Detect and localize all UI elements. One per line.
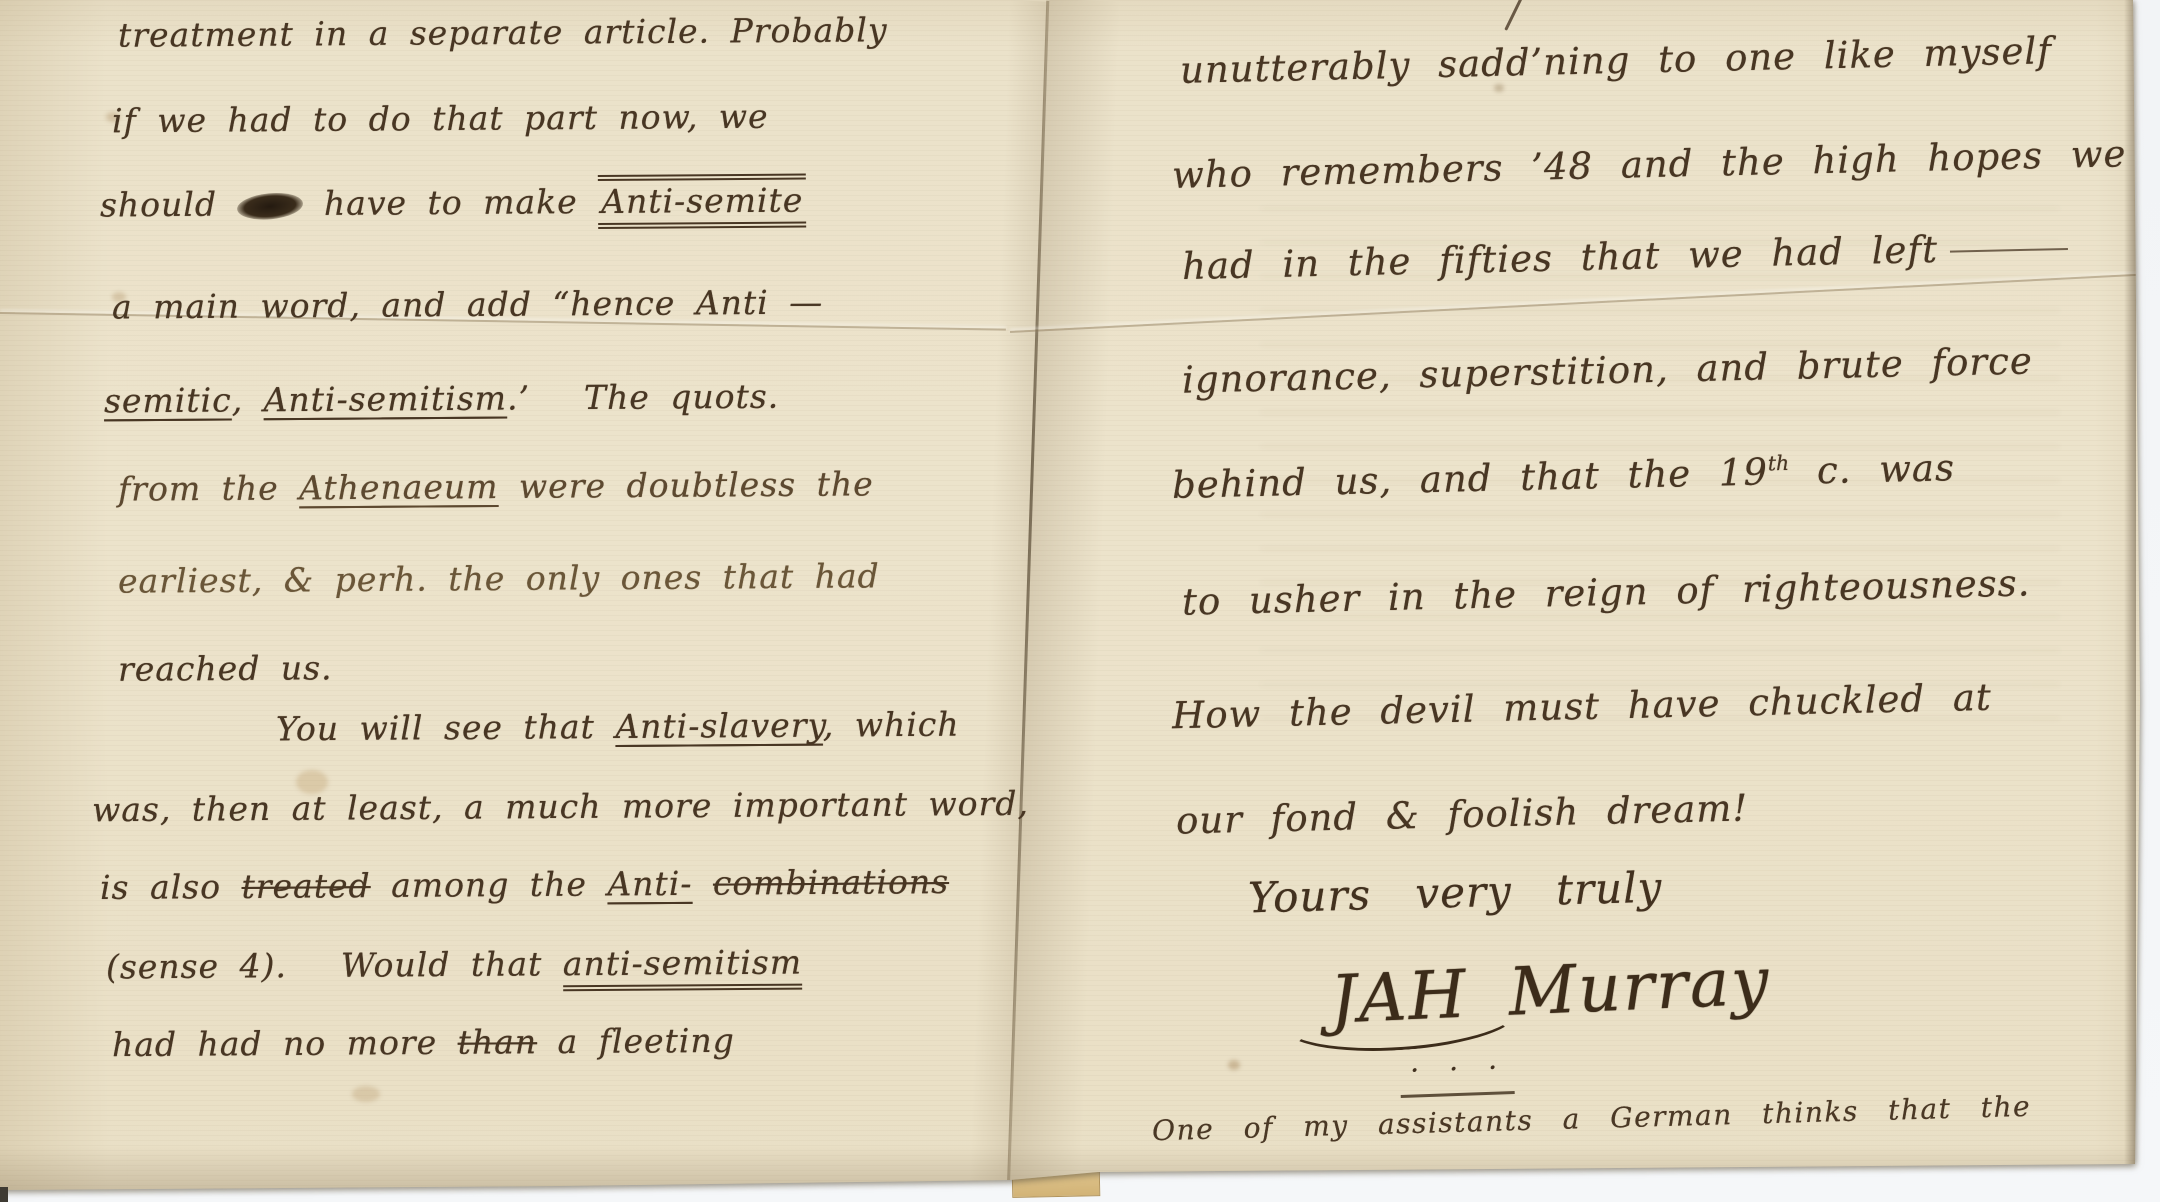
text-segment: How the devil must have chuckled at: [1172, 676, 1993, 738]
handwritten-line: our fond & foolish dream!: [1176, 790, 1749, 840]
handwritten-line: ignorance, superstition, and brute force: [1182, 342, 2033, 398]
paper-shadow-wrap: treatment in a separate article. Probabl…: [0, 0, 2160, 1202]
handwritten-line: unutterably sadd’ning to one like myself: [1180, 32, 2053, 89]
text-segment: ignorance, superstition, and brute force: [1182, 339, 2034, 401]
handwritten-line: How the devil must have chuckled at: [1172, 679, 1992, 735]
text-segment: had in the fifties that we had left: [1182, 228, 1939, 288]
text-segment: our fond & foolish dream!: [1176, 787, 1749, 843]
handwritten-line: to usher in the reign of righteousness.: [1182, 564, 2031, 620]
text-segment: unutterably sadd’ning to one like myself: [1180, 29, 2053, 92]
text-segment: th: [1768, 451, 1790, 475]
handwritten-line: behind us, and that the 19th c. was: [1172, 449, 1956, 504]
signature-dots: · · ·: [1399, 1050, 1514, 1098]
scan-corner-notch: [0, 1187, 8, 1202]
handwritten-line: had in the fifties that we had left: [1182, 228, 2069, 285]
letter-scan: treatment in a separate article. Probabl…: [0, 0, 2160, 1202]
text-segment: to usher in the reign of righteousness.: [1182, 561, 2031, 623]
text-segment: behind us, and that the 19: [1172, 450, 1769, 507]
text-segment: who remembers ’48 and the high hopes we: [1172, 132, 2127, 197]
letter-paper: treatment in a separate article. Probabl…: [0, 0, 2160, 1202]
text-segment: [1950, 248, 2068, 253]
handwritten-line: who remembers ’48 and the high hopes we: [1172, 135, 2127, 194]
right-page-text: unutterably sadd’ning to one like myself…: [0, 0, 2160, 1202]
text-segment: c. was: [1789, 446, 1956, 493]
